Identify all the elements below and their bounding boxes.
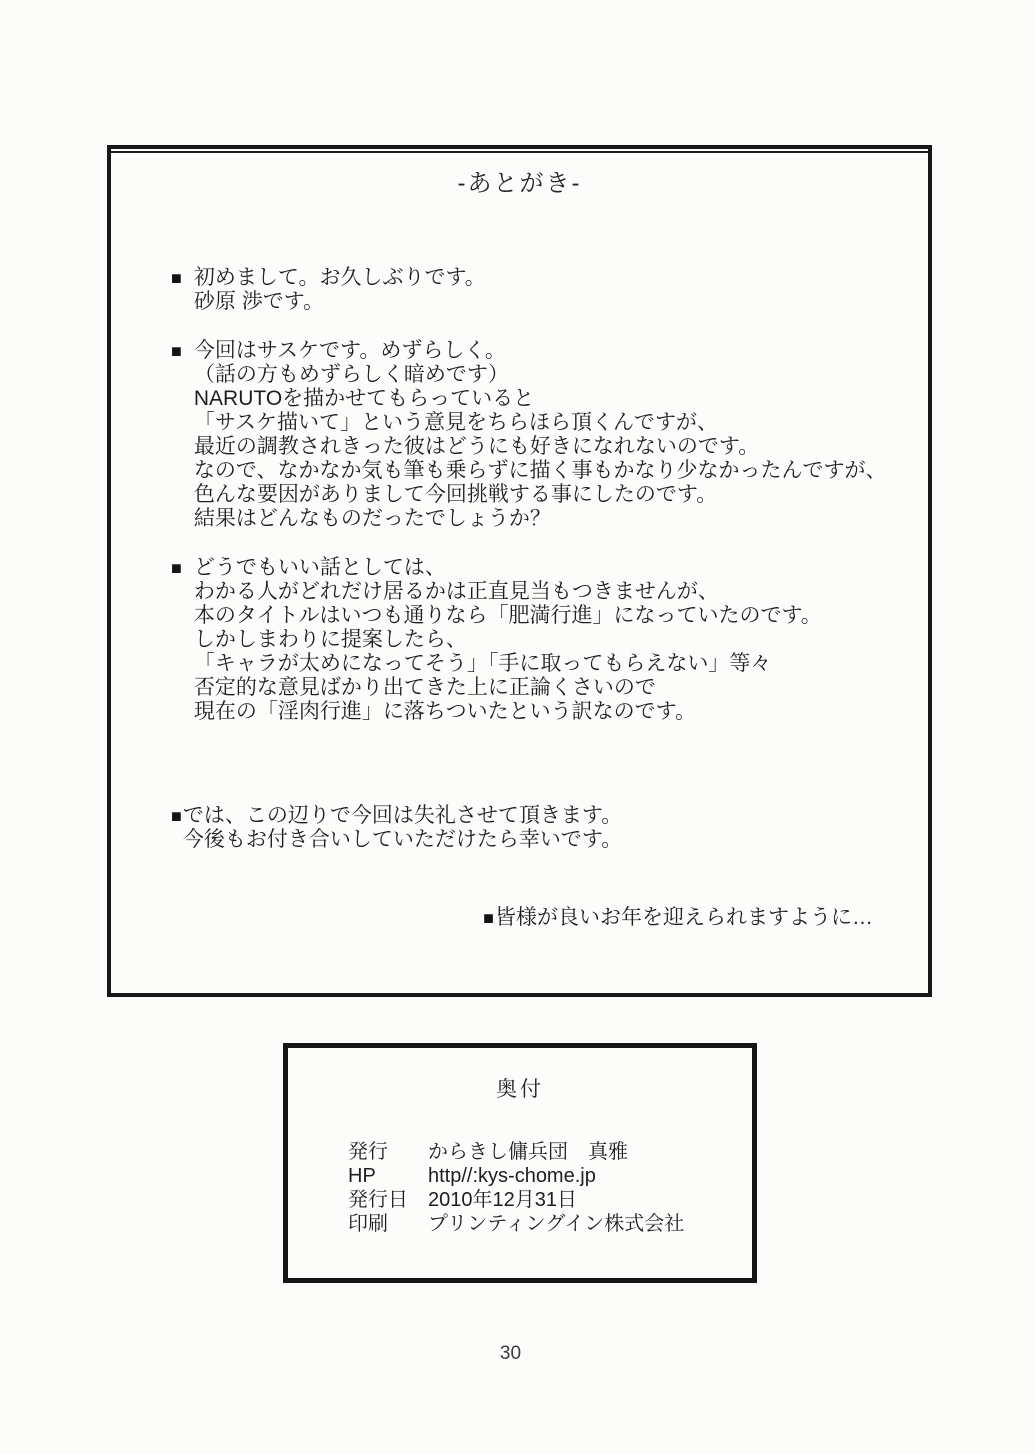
colophon-value: 2010年12月31日	[428, 1188, 577, 1212]
paragraph-text: では、この辺りで今回は失礼させて頂きます。 今後もお付き合いしていただけたら幸い…	[183, 804, 622, 852]
afterword-paragraph-new-year-wish: ■ 皆様が良いお年を迎えられますように…	[171, 906, 873, 930]
colophon-label: 印刷	[348, 1212, 428, 1236]
afterword-title: -あとがき-	[111, 171, 928, 197]
scanned-afterword-page: -あとがき- ■ 初めまして。お久しぶりです。 砂原 渉です。 ■ 今回はサスケ…	[0, 0, 1035, 1454]
afterword-paragraph-title-story: ■ どうでもいい話としては、 わかる人がどれだけ居るかは正直見当もつきませんが、…	[171, 556, 873, 724]
afterword-body: ■ 初めまして。お久しぶりです。 砂原 渉です。 ■ 今回はサスケです。めずらし…	[171, 266, 873, 955]
bullet-square-icon: ■	[171, 556, 182, 580]
paragraph-text: 皆様が良いお年を迎えられますように…	[495, 906, 873, 930]
colophon-label: HP	[348, 1164, 428, 1188]
page-number: 30	[0, 1343, 1021, 1365]
bullet-square-icon: ■	[483, 906, 494, 930]
bullet-square-icon: ■	[171, 339, 182, 363]
colophon-title: 奥付	[288, 1078, 752, 1102]
bullet-square-icon: ■	[171, 804, 182, 828]
colophon-box: 奥付 発行 からきし傭兵団 真雅 HP http//:kys-chome.jp …	[283, 1043, 757, 1283]
colophon-row-homepage: HP http//:kys-chome.jp	[348, 1164, 752, 1188]
colophon-row-publish-date: 発行日 2010年12月31日	[348, 1188, 752, 1212]
afterword-paragraph-greeting: ■ 初めまして。お久しぶりです。 砂原 渉です。	[171, 266, 873, 314]
paragraph-text: どうでもいい話としては、 わかる人がどれだけ居るかは正直見当もつきませんが、 本…	[194, 556, 822, 724]
paragraph-text: 今回はサスケです。めずらしく。 （話の方もめずらしく暗めです） NARUTOを描…	[194, 339, 887, 531]
colophon-label: 発行	[348, 1140, 428, 1164]
afterword-paragraph-farewell: ■ では、この辺りで今回は失礼させて頂きます。 今後もお付き合いしていただけたら…	[171, 804, 873, 852]
afterword-paragraph-sasuke: ■ 今回はサスケです。めずらしく。 （話の方もめずらしく暗めです） NARUTO…	[171, 339, 873, 531]
colophon-row-publisher: 発行 からきし傭兵団 真雅	[348, 1140, 752, 1164]
afterword-box: -あとがき- ■ 初めまして。お久しぶりです。 砂原 渉です。 ■ 今回はサスケ…	[107, 145, 932, 997]
colophon-value: プリンティングイン株式会社	[428, 1212, 684, 1236]
bullet-square-icon: ■	[171, 266, 182, 290]
paragraph-text: 初めまして。お久しぶりです。 砂原 渉です。	[194, 266, 486, 314]
colophon-value: http//:kys-chome.jp	[428, 1164, 596, 1188]
colophon-value: からきし傭兵団 真雅	[428, 1140, 628, 1164]
colophon-rows: 発行 からきし傭兵団 真雅 HP http//:kys-chome.jp 発行日…	[288, 1140, 752, 1236]
colophon-row-printer: 印刷 プリンティングイン株式会社	[348, 1212, 752, 1236]
colophon-label: 発行日	[348, 1188, 428, 1212]
